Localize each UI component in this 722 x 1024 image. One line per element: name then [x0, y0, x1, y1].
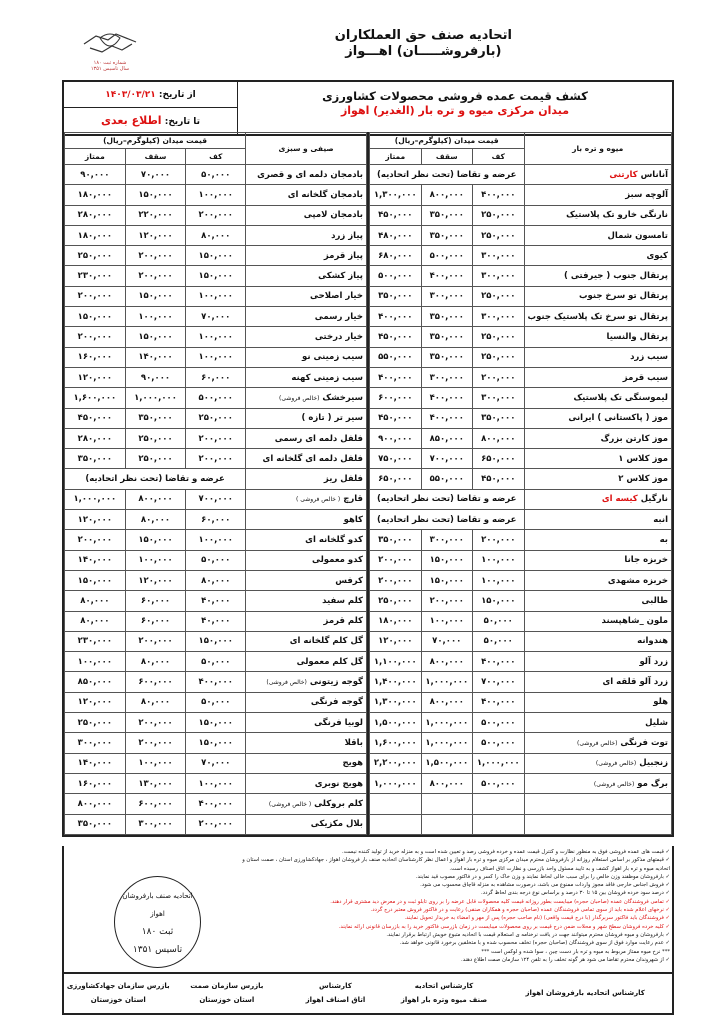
premium-price: ۲۰۰,۰۰۰: [65, 530, 126, 550]
item-name: فلفل دلمه ای گلخانه ای: [246, 449, 367, 469]
premium-header: ممتاز: [65, 149, 126, 165]
note-item: ✓ قیمتهای مذکور بر اساس استعلام روزانه ا…: [230, 856, 670, 873]
note-item: ✓ بارفروشان موظفند وزن خالص را برای سبب …: [230, 873, 670, 881]
high-price: ۸۵۰,۰۰۰: [421, 428, 473, 448]
item-column-header: میوه و تره بار: [524, 133, 672, 165]
premium-price: ۱۴۰,۰۰۰: [65, 550, 126, 570]
table-row: ۲۰۰,۰۰۰۱۵۰,۰۰۰۱۰۰,۰۰۰خیار درختی: [65, 327, 367, 347]
high-price: ۱۴۰,۰۰۰: [125, 347, 186, 367]
low-price: ۸۰,۰۰۰: [186, 570, 246, 590]
high-price: ۱۵۰,۰۰۰: [125, 286, 186, 306]
item-name: کلم قرمز: [246, 611, 367, 631]
table-row: ۱,۶۰۰,۰۰۰۱,۰۰۰,۰۰۰۵۰۰,۰۰۰سیرخشک (خالص فر…: [65, 388, 367, 408]
premium-price: ۲۵۰,۰۰۰: [65, 246, 126, 266]
item-name: گوجه زیتونی (خالص فروشی): [246, 672, 367, 692]
price-sheet: شماره ثبت ۱۸۰ سال تاسیس ۱۳۵۱ اتحادیه صنف…: [62, 20, 672, 80]
to-date: تا تاریخ: اطلاع بعدی: [64, 108, 237, 134]
table-row: ۲۸۰,۰۰۰۲۲۰,۰۰۰۲۰۰,۰۰۰بادمجان لامپی: [65, 205, 367, 225]
premium-price: [370, 814, 422, 834]
premium-price: ۹۰,۰۰۰: [65, 165, 126, 185]
item-name: لیموسنگی تک پلاستیک: [524, 388, 672, 408]
item-name: سیب زمینی نو: [246, 347, 367, 367]
low-price: ۴۰۰,۰۰۰: [473, 692, 525, 712]
item-name-text: کلم قرمز: [324, 616, 363, 626]
table-row: ۲,۲۰۰,۰۰۰۱,۵۰۰,۰۰۰۱,۰۰۰,۰۰۰زنجبیل (خالص …: [370, 753, 672, 773]
item-name: هلو: [524, 692, 672, 712]
high-price: ۵۰۰,۰۰۰: [421, 246, 473, 266]
table-row: ۱۵۰,۰۰۰۱۲۰,۰۰۰۸۰,۰۰۰کرفس: [65, 570, 367, 590]
premium-price: ۱۰۰,۰۰۰: [65, 652, 126, 672]
price-group-header: قیمت میدان (کیلوگرم–ریال): [65, 133, 246, 149]
table-row: ۱,۶۰۰,۰۰۰۱,۰۰۰,۰۰۰۵۰۰,۰۰۰توت فرنگی (خالص…: [370, 733, 672, 753]
low-price: ۳۰۰,۰۰۰: [473, 388, 525, 408]
item-name-text: طالبی: [642, 596, 668, 606]
high-price: ۶۰,۰۰۰: [125, 611, 186, 631]
high-price: ۵۵۰,۰۰۰: [421, 469, 473, 489]
item-name: خیار اصلاحی: [246, 286, 367, 306]
premium-price: ۶۰۰,۰۰۰: [370, 388, 422, 408]
item-name: انبه: [524, 510, 672, 530]
high-price: ۱۵۰,۰۰۰: [125, 185, 186, 205]
table-row: ۱۲۰,۰۰۰۷۰,۰۰۰۵۰,۰۰۰هندوانه: [370, 631, 672, 651]
high-price: ۱۲۰,۰۰۰: [125, 225, 186, 245]
signature-cell: بازرس سازمان جهادکشاورزیاستان خوزستان: [64, 973, 173, 1013]
vegetables-table-wrap: قیمت میدان (کیلوگرم–ریال)صیفی و سبزیممتا…: [64, 132, 369, 835]
high-price: ۱۰۰,۰۰۰: [125, 753, 186, 773]
item-name-text: هلو: [653, 697, 668, 707]
item-name-text: شلیل: [645, 718, 668, 728]
signature-title: بازرس سازمان صمت: [173, 979, 282, 993]
item-name-text: توت فرنگی: [620, 738, 668, 748]
table-row: عرضه و تقاضا (تحت نظر اتحادیه)آناناس کار…: [370, 165, 672, 185]
signature-subtitle: استان خوزستان: [173, 993, 282, 1007]
high-price: ۱,۰۰۰,۰۰۰: [125, 388, 186, 408]
item-name: پرتقال تو سرخ تک پلاستیک جنوب: [524, 307, 672, 327]
table-row: عرضه و تقاضا (تحت نظر اتحادیه)انبه: [370, 510, 672, 530]
low-price: ۱۵۰,۰۰۰: [186, 713, 246, 733]
premium-price: ۲۸۰,۰۰۰: [65, 205, 126, 225]
low-price: ۵۰,۰۰۰: [186, 550, 246, 570]
item-name-text: لیموسنگی تک پلاستیک: [573, 393, 668, 403]
item-name-text: خربزه جانا: [624, 555, 668, 565]
item-name-text: سیرخشک: [322, 393, 363, 403]
signature-subtitle: صنف میوه وتره بار اهواز: [390, 993, 499, 1007]
table-row: ۱۲۰,۰۰۰۹۰,۰۰۰۶۰,۰۰۰سیب زمینی کهنه: [65, 367, 367, 387]
table-row: ۷۵۰,۰۰۰۷۰۰,۰۰۰۶۵۰,۰۰۰موز کلاس ۱: [370, 449, 672, 469]
low-price: ۴۰۰,۰۰۰: [473, 652, 525, 672]
high-price: ۳۰۰,۰۰۰: [421, 530, 473, 550]
low-price: ۱۵۰,۰۰۰: [186, 246, 246, 266]
item-name: هویج نوبری: [246, 773, 367, 793]
high-price: ۸۰۰,۰۰۰: [421, 185, 473, 205]
item-name-text: لوبیا فرنگی: [314, 718, 363, 728]
table-row: ۴۵۰,۰۰۰۳۵۰,۰۰۰۲۵۰,۰۰۰سیر تر ( تازه ): [65, 408, 367, 428]
high-price: ۱۵۰,۰۰۰: [125, 327, 186, 347]
high-price: ۳۵۰,۰۰۰: [421, 225, 473, 245]
item-note: ( خالص فروشی ): [296, 496, 340, 503]
item-name: پرتقال تو سرخ جنوب: [524, 286, 672, 306]
low-price: ۲۵۰,۰۰۰: [473, 205, 525, 225]
low-price: ۵۰,۰۰۰: [473, 631, 525, 651]
table-row: ۱۴۰,۰۰۰۱۰۰,۰۰۰۷۰,۰۰۰هویج: [65, 753, 367, 773]
signature-title: کارشناس اتحادیه: [390, 979, 499, 993]
item-name-text: پرتقال والنسیا: [607, 332, 668, 342]
table-row: ۱,۰۰۰,۰۰۰۸۰۰,۰۰۰۷۰۰,۰۰۰قارچ ( خالص فروشی…: [65, 489, 367, 509]
high-price: ۱۰۰,۰۰۰: [125, 550, 186, 570]
table-row: ۲۸۰,۰۰۰۲۵۰,۰۰۰۲۰۰,۰۰۰فلفل دلمه ای رسمی: [65, 428, 367, 448]
seal-text-2: ثبت ۱۸۰: [115, 923, 200, 941]
page-subtitle: میدان مرکزی میوه و تره بار (الغدیر) اهوا…: [238, 104, 672, 117]
item-name: کدو معمولی: [246, 550, 367, 570]
item-name-text: بادمجان دلمه ای و قصری: [257, 170, 363, 180]
low-price: ۲۰۰,۰۰۰: [473, 367, 525, 387]
premium-price: ۶۵۰,۰۰۰: [370, 469, 422, 489]
item-name-text: انبه: [653, 515, 668, 525]
high-price: ۳۰۰,۰۰۰: [421, 367, 473, 387]
high-price: ۶۰۰,۰۰۰: [125, 672, 186, 692]
org-line-2: (بارفروشـــــان) اهـــواز: [335, 44, 512, 60]
item-name-text: کاهو: [344, 515, 363, 525]
table-row: ۳۵۰,۰۰۰۳۰۰,۰۰۰۲۰۰,۰۰۰بلال مکزیکی: [65, 814, 367, 834]
signatures-row: کارشناس اتحادیه بارفروشان اهوازکارشناس ا…: [62, 972, 674, 1015]
table-row: عرضه و تقاضا (تحت نظر اتحادیه)فلفل ریز: [65, 469, 367, 489]
table-row: ۸۵۰,۰۰۰۶۰۰,۰۰۰۴۰۰,۰۰۰گوجه زیتونی (خالص ف…: [65, 672, 367, 692]
low-price: ۱۰۰,۰۰۰: [186, 286, 246, 306]
table-row: ۴۰۰,۰۰۰۳۵۰,۰۰۰۳۰۰,۰۰۰پرتقال تو سرخ تک پل…: [370, 307, 672, 327]
signature-title: کارشناس: [281, 979, 390, 993]
item-name: کیوی: [524, 246, 672, 266]
high-price: ۷۰,۰۰۰: [421, 631, 473, 651]
item-name: کاهو: [246, 510, 367, 530]
item-name: پرتقال جنوب ( جیرفتی ): [524, 266, 672, 286]
item-name-text: بادمجان لامپی: [304, 210, 363, 220]
organization-name: اتحادیه صنف حق العملکاران (بارفروشـــــا…: [335, 28, 512, 60]
note-item: ✓ درصد سود خرده فروشان بین ۱۵ تا ۳۰ درصد…: [230, 889, 670, 897]
official-seal: اتحادیه صنف بارفروشان اهواز ثبت ۱۸۰ تاسی…: [114, 876, 201, 968]
high-price: ۳۵۰,۰۰۰: [421, 347, 473, 367]
item-name: پیاز کشکی: [246, 266, 367, 286]
item-note: (خالص فروشی): [266, 679, 306, 686]
premium-price: ۳۵۰,۰۰۰: [370, 530, 422, 550]
item-name-text: فلفل دلمه ای گلخانه ای: [263, 454, 363, 464]
premium-price: ۲۵۰,۰۰۰: [65, 713, 126, 733]
low-price: ۸۰,۰۰۰: [186, 225, 246, 245]
table-row: ۱۶۰,۰۰۰۱۴۰,۰۰۰۱۰۰,۰۰۰سیب زمینی نو: [65, 347, 367, 367]
table-row: ۲۵۰,۰۰۰۲۰۰,۰۰۰۱۵۰,۰۰۰لوبیا فرنگی: [65, 713, 367, 733]
supply-demand-cell: عرضه و تقاضا (تحت نظر اتحادیه): [65, 469, 246, 489]
item-name: موز کلاس ۱: [524, 449, 672, 469]
item-name: زرد آلو قلقه ای: [524, 672, 672, 692]
low-price: [473, 814, 525, 834]
low-price: ۱۰۰,۰۰۰: [186, 773, 246, 793]
item-name: هندوانه: [524, 631, 672, 651]
price-tables: قیمت میدان (کیلوگرم–ریال)صیفی و سبزیممتا…: [62, 132, 674, 837]
item-name-text: کیوی: [646, 251, 668, 261]
item-name-text: خیار رسمی: [315, 312, 363, 322]
table-row: ۱,۳۰۰,۰۰۰۸۰۰,۰۰۰۴۰۰,۰۰۰هلو: [370, 692, 672, 712]
premium-price: ۸۰,۰۰۰: [65, 591, 126, 611]
premium-price: ۲۰۰,۰۰۰: [370, 570, 422, 590]
table-row: ۱۴۰,۰۰۰۱۰۰,۰۰۰۵۰,۰۰۰کدو معمولی: [65, 550, 367, 570]
handshake-icon: [82, 24, 138, 60]
low-price: ۷۰۰,۰۰۰: [186, 489, 246, 509]
high-price: ۸۰,۰۰۰: [125, 692, 186, 712]
item-name: خیار رسمی: [246, 307, 367, 327]
item-note: (خالص فروشی): [594, 781, 634, 788]
signature-cell: کارشناس اتحادیه بارفروشان اهواز: [498, 973, 672, 1013]
premium-price: ۱,۶۰۰,۰۰۰: [370, 733, 422, 753]
low-price: ۵۰۰,۰۰۰: [473, 733, 525, 753]
high-price: ۸۰,۰۰۰: [125, 510, 186, 530]
low-price: ۷۰,۰۰۰: [186, 307, 246, 327]
supply-demand-cell: عرضه و تقاضا (تحت نظر اتحادیه): [370, 489, 525, 509]
item-name: سیر تر ( تازه ): [246, 408, 367, 428]
item-name: شلیل: [524, 713, 672, 733]
premium-price: ۱۶۰,۰۰۰: [65, 773, 126, 793]
item-name-text: پرتقال تو سرخ تک پلاستیک جنوب: [528, 312, 668, 322]
org-line-1: اتحادیه صنف حق العملکاران: [335, 28, 512, 44]
low-price: ۱۵۰,۰۰۰: [186, 733, 246, 753]
table-row: ۴۵۰,۰۰۰۳۵۰,۰۰۰۲۵۰,۰۰۰نارنگی خارو تک پلاس…: [370, 205, 672, 225]
item-name-text: گل کلم گلخانه ای: [290, 636, 363, 646]
item-name-text: موز کلاس ۲: [618, 474, 668, 484]
item-name-text: سیب قرمز: [623, 373, 668, 383]
signature-cell: کارشناساتاق اصناف اهواز: [281, 973, 390, 1013]
low-price: ۳۰۰,۰۰۰: [473, 307, 525, 327]
item-name: بادمجان گلخانه ای: [246, 185, 367, 205]
item-note: (خالص فروشی): [577, 740, 617, 747]
table-row: ۲۰۰,۰۰۰۱۵۰,۰۰۰۱۰۰,۰۰۰خربزه جانا: [370, 550, 672, 570]
table-row: ۲۳۰,۰۰۰۲۰۰,۰۰۰۱۵۰,۰۰۰پیاز کشکی: [65, 266, 367, 286]
table-row: ۴۰۰,۰۰۰۳۰۰,۰۰۰۲۰۰,۰۰۰سیب قرمز: [370, 367, 672, 387]
item-name: سیرخشک (خالص فروشی): [246, 388, 367, 408]
low-price: ۵۰,۰۰۰: [473, 611, 525, 631]
union-logo: شماره ثبت ۱۸۰ سال تاسیس ۱۳۵۱: [80, 24, 140, 78]
item-name-text: گوجه زیتونی: [310, 677, 363, 687]
high-price: ۶۰,۰۰۰: [125, 591, 186, 611]
low-price: ۴۰۰,۰۰۰: [473, 185, 525, 205]
note-item: ✓ فروشندگان باید فاکتور سربرگدار (با درج…: [230, 914, 670, 922]
item-name-text: پیاز زرد: [331, 231, 363, 241]
supply-demand-cell: عرضه و تقاضا (تحت نظر اتحادیه): [370, 165, 525, 185]
premium-price: ۱۴۰,۰۰۰: [65, 753, 126, 773]
table-row: ۲۳۰,۰۰۰۲۰۰,۰۰۰۱۵۰,۰۰۰گل کلم گلخانه ای: [65, 631, 367, 651]
high-price: ۳۰۰,۰۰۰: [421, 286, 473, 306]
table-row: ۹۰,۰۰۰۷۰,۰۰۰۵۰,۰۰۰بادمجان دلمه ای و قصری: [65, 165, 367, 185]
high-price: ۳۵۰,۰۰۰: [421, 307, 473, 327]
premium-price: ۲۳۰,۰۰۰: [65, 631, 126, 651]
item-name-text: زرد آلو: [639, 657, 668, 667]
item-name-text: پرتقال جنوب ( جیرفتی ): [564, 271, 668, 281]
item-name-text: خربزه مشهدی: [608, 576, 668, 586]
low-price: ۶۰,۰۰۰: [186, 510, 246, 530]
item-name-text: فلفل دلمه ای رسمی: [275, 434, 363, 444]
high-price: ۲۰۰,۰۰۰: [125, 713, 186, 733]
table-row: ۲۰۰,۰۰۰۱۵۰,۰۰۰۱۰۰,۰۰۰خربزه مشهدی: [370, 570, 672, 590]
premium-price: ۱,۴۰۰,۰۰۰: [370, 672, 422, 692]
note-item: ✓ تمامی فروشندگان عمده (صاحبان حجره) میب…: [230, 898, 670, 906]
table-row: ۴۵۰,۰۰۰۳۵۰,۰۰۰۲۵۰,۰۰۰پرتقال والنسیا: [370, 327, 672, 347]
table-row: ۲۰۰,۰۰۰۱۵۰,۰۰۰۱۰۰,۰۰۰کدو گلخانه ای: [65, 530, 367, 550]
premium-price: ۲۰۰,۰۰۰: [370, 550, 422, 570]
table-row: ۸۰,۰۰۰۶۰,۰۰۰۴۰,۰۰۰کلم قرمز: [65, 611, 367, 631]
item-name-text: کدو گلخانه ای: [305, 535, 363, 545]
premium-price: [370, 794, 422, 814]
low-price: ۲۰۰,۰۰۰: [186, 814, 246, 834]
notes-list: ✓ قیمت های عمده فروشی فوق به منظور نظارت…: [230, 848, 670, 964]
item-name: [524, 814, 672, 834]
logo-founded: سال تاسیس ۱۳۵۱: [80, 66, 140, 72]
high-price: ۷۰,۰۰۰: [125, 165, 186, 185]
high-price: ۶۰۰,۰۰۰: [125, 794, 186, 814]
item-name: ملون _شاهپسند: [524, 611, 672, 631]
low-price: ۱۵۰,۰۰۰: [473, 591, 525, 611]
high-price: ۲۵۰,۰۰۰: [125, 449, 186, 469]
premium-price: ۱,۰۰۰,۰۰۰: [370, 773, 422, 793]
premium-price: ۴۰۰,۰۰۰: [370, 307, 422, 327]
low-price: ۴۰۰,۰۰۰: [186, 794, 246, 814]
note-item: ✓ فروش اجناس خارجی فاقد مجوز واردات ممنو…: [230, 881, 670, 889]
table-row: ۱۲۰,۰۰۰۸۰,۰۰۰۵۰,۰۰۰گوجه فرنگی: [65, 692, 367, 712]
high-price: ۲۲۰,۰۰۰: [125, 205, 186, 225]
item-note: ( خالص فروشی): [269, 801, 311, 808]
table-row: ۱,۵۰۰,۰۰۰۱,۰۰۰,۰۰۰۵۰۰,۰۰۰شلیل: [370, 713, 672, 733]
premium-price: ۴۵۰,۰۰۰: [370, 408, 422, 428]
low-price: ۱۰۰,۰۰۰: [186, 530, 246, 550]
from-date-label: از تاریخ:: [159, 90, 196, 100]
low-price: ۱۰۰,۰۰۰: [186, 347, 246, 367]
item-name: موز ( پاکستانی ) ایرانی: [524, 408, 672, 428]
item-name-text: پیاز قرمز: [324, 251, 363, 261]
table-row: ۲۵۰,۰۰۰۲۰۰,۰۰۰۱۵۰,۰۰۰طالبی: [370, 591, 672, 611]
high-price: ۳۵۰,۰۰۰: [125, 408, 186, 428]
table-row: ۱۸۰,۰۰۰۱۰۰,۰۰۰۵۰,۰۰۰ملون _شاهپسند: [370, 611, 672, 631]
table-row: [370, 814, 672, 834]
table-row: ۳۵۰,۰۰۰۳۰۰,۰۰۰۲۵۰,۰۰۰پرتقال تو سرخ جنوب: [370, 286, 672, 306]
premium-price: ۱۶۰,۰۰۰: [65, 347, 126, 367]
item-column-header: صیفی و سبزی: [246, 133, 367, 165]
item-name: کدو گلخانه ای: [246, 530, 367, 550]
item-name: [524, 794, 672, 814]
date-range: از تاریخ: ۱۴۰۳/۰۳/۲۱ تا تاریخ: اطلاع بعد…: [64, 82, 238, 134]
title-box: از تاریخ: ۱۴۰۳/۰۳/۲۱ تا تاریخ: اطلاع بعد…: [62, 80, 674, 136]
premium-price: ۲۰۰,۰۰۰: [65, 327, 126, 347]
premium-price: ۱۵۰,۰۰۰: [65, 570, 126, 590]
low-price: ۲۰۰,۰۰۰: [186, 428, 246, 448]
table-row: ۱,۳۰۰,۰۰۰۸۰۰,۰۰۰۴۰۰,۰۰۰آلوچه سبز: [370, 185, 672, 205]
item-name: نارنگی خارو تک پلاستیک: [524, 205, 672, 225]
high-price: ۱,۰۰۰,۰۰۰: [421, 713, 473, 733]
premium-price: ۴۰۰,۰۰۰: [370, 367, 422, 387]
high-price: ۸۰۰,۰۰۰: [421, 692, 473, 712]
fruits-table-wrap: قیمت میدان (کیلوگرم–ریال)میوه و تره بارم…: [369, 132, 672, 835]
low-price: ۵۰,۰۰۰: [186, 692, 246, 712]
high-price: ۳۵۰,۰۰۰: [421, 327, 473, 347]
low-price: ۲۵۰,۰۰۰: [473, 347, 525, 367]
table-row: ۶۰۰,۰۰۰۴۰۰,۰۰۰۳۰۰,۰۰۰لیموسنگی تک پلاستیک: [370, 388, 672, 408]
low-price: ۵۰۰,۰۰۰: [186, 388, 246, 408]
high-price: ۱۰۰,۰۰۰: [421, 611, 473, 631]
premium-price: ۱,۶۰۰,۰۰۰: [65, 388, 126, 408]
item-name: بلال مکزیکی: [246, 814, 367, 834]
low-price: ۳۰۰,۰۰۰: [473, 246, 525, 266]
item-name: پیاز زرد: [246, 225, 367, 245]
item-name-text: هویج نوبری: [315, 779, 363, 789]
premium-price: ۱۲۰,۰۰۰: [65, 367, 126, 387]
item-name: موز کلاس ۲: [524, 469, 672, 489]
low-header: کف: [473, 149, 525, 165]
low-price: ۱۰۰,۰۰۰: [473, 570, 525, 590]
premium-price: ۱۵۰,۰۰۰: [65, 307, 126, 327]
item-name-text: نارنگی خارو تک پلاستیک: [566, 210, 668, 220]
item-name: سیب زمینی کهنه: [246, 367, 367, 387]
item-note: (خالص فروشی): [279, 395, 319, 402]
item-name-text: بلال مکزیکی: [311, 819, 363, 829]
low-price: ۸۰۰,۰۰۰: [473, 428, 525, 448]
premium-price: ۲۰۰,۰۰۰: [65, 286, 126, 306]
premium-price: ۴۵۰,۰۰۰: [370, 327, 422, 347]
high-price: ۲۰۰,۰۰۰: [125, 266, 186, 286]
item-name: هویج: [246, 753, 367, 773]
item-name-text: سیر تر ( تازه ): [302, 413, 364, 423]
item-name-text: بادمجان گلخانه ای: [288, 190, 363, 200]
premium-price: ۳۵۰,۰۰۰: [65, 814, 126, 834]
premium-price: ۸۵۰,۰۰۰: [65, 672, 126, 692]
table-row: ۵۵۰,۰۰۰۳۵۰,۰۰۰۲۵۰,۰۰۰سیب زرد: [370, 347, 672, 367]
item-name: آناناس کارتنی: [524, 165, 672, 185]
low-price: ۴۰,۰۰۰: [186, 611, 246, 631]
item-name: قارچ ( خالص فروشی ): [246, 489, 367, 509]
low-price: ۱۰۰,۰۰۰: [473, 550, 525, 570]
item-name-text: گل کلم معمولی: [297, 657, 363, 667]
premium-price: ۸۰۰,۰۰۰: [65, 794, 126, 814]
item-name-text: فلفل ریز: [324, 474, 363, 484]
premium-price: ۹۰۰,۰۰۰: [370, 428, 422, 448]
item-name-text: باقلا: [345, 738, 363, 748]
signature-title: بازرس سازمان جهادکشاورزی: [64, 979, 173, 993]
seal-text-1: اتحادیه صنف بارفروشان اهواز: [115, 887, 200, 923]
table-row: ۱,۴۰۰,۰۰۰۱,۰۰۰,۰۰۰۷۰۰,۰۰۰زرد آلو قلقه ای: [370, 672, 672, 692]
item-name-text: به: [660, 535, 668, 545]
high-price: ۸۰۰,۰۰۰: [421, 652, 473, 672]
high-price: ۱,۵۰۰,۰۰۰: [421, 753, 473, 773]
high-price: ۱۳۰,۰۰۰: [125, 773, 186, 793]
premium-price: ۱۲۰,۰۰۰: [65, 692, 126, 712]
premium-price: ۸۰,۰۰۰: [65, 611, 126, 631]
premium-price: ۲۳۰,۰۰۰: [65, 266, 126, 286]
table-row: ۱,۰۰۰,۰۰۰۸۰۰,۰۰۰۵۰۰,۰۰۰برگ مو (خالص فروش…: [370, 773, 672, 793]
low-price: ۷۰۰,۰۰۰: [473, 672, 525, 692]
high-price: ۱۰۰,۰۰۰: [125, 307, 186, 327]
high-price: ۱۵۰,۰۰۰: [421, 550, 473, 570]
item-note: (خالص فروشی): [596, 760, 636, 767]
premium-price: ۱,۵۰۰,۰۰۰: [370, 713, 422, 733]
high-price: ۳۵۰,۰۰۰: [421, 205, 473, 225]
table-row: ۱۸۰,۰۰۰۱۲۰,۰۰۰۸۰,۰۰۰پیاز زرد: [65, 225, 367, 245]
price-group-header: قیمت میدان (کیلوگرم–ریال): [370, 133, 525, 149]
item-name: سیب زرد: [524, 347, 672, 367]
premium-price: ۲,۲۰۰,۰۰۰: [370, 753, 422, 773]
header-row: قیمت میدان (کیلوگرم–ریال)میوه و تره بار: [370, 133, 672, 149]
item-name: طالبی: [524, 591, 672, 611]
table-row: ۱۵۰,۰۰۰۱۰۰,۰۰۰۷۰,۰۰۰خیار رسمی: [65, 307, 367, 327]
premium-price: ۱,۳۰۰,۰۰۰: [370, 185, 422, 205]
item-name-text: خیار اصلاحی: [310, 291, 363, 301]
table-row: ۶۸۰,۰۰۰۵۰۰,۰۰۰۳۰۰,۰۰۰کیوی: [370, 246, 672, 266]
low-price: ۲۵۰,۰۰۰: [186, 408, 246, 428]
low-price: ۱۰۰,۰۰۰: [186, 185, 246, 205]
item-name-text: نارگیل: [641, 494, 668, 504]
